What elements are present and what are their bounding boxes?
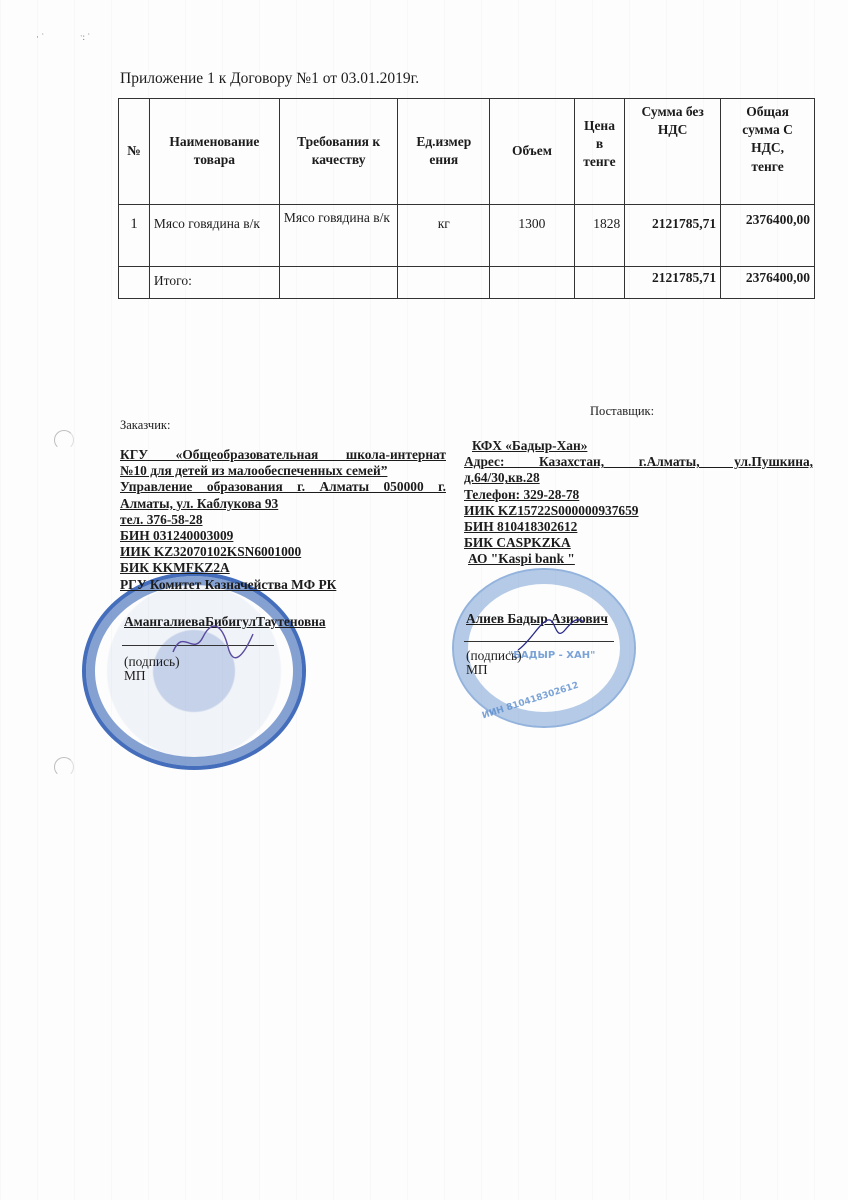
total-with-vat: 2376400,00 xyxy=(721,267,815,299)
cell-empty xyxy=(119,267,150,299)
cell-name: Мясо говядина в/к xyxy=(149,205,279,267)
table-total-row: Итого: 2121785,71 2376400,00 xyxy=(119,267,815,299)
customer-label: Заказчик: xyxy=(120,418,170,433)
document-title: Приложение 1 к Договору №1 от 03.01.2019… xyxy=(120,70,419,88)
supplier-line: БИН 810418302612 xyxy=(464,519,813,535)
supplier-line: Телефон: 329-28-78 xyxy=(464,487,813,503)
customer-line: КГУ «Общеобразовательная школа-интернат xyxy=(120,447,446,463)
header-name: Наименование товара xyxy=(149,99,279,205)
supplier-signature-scribble xyxy=(510,612,590,657)
goods-table: № Наименование товара Требования к качес… xyxy=(118,98,815,299)
supplier-line: Адрес: Казахстан, г.Алматы, ул.Пушкина, xyxy=(464,454,813,470)
supplier-line: д.64/30,кв.28 xyxy=(464,470,813,486)
customer-line: БИК KKMFKZ2A xyxy=(120,560,446,576)
cell-empty xyxy=(279,267,398,299)
supplier-seal-caption: МП xyxy=(466,662,488,677)
table-header-row: № Наименование товара Требования к качес… xyxy=(119,99,815,205)
cell-sum-without-vat: 2121785,71 xyxy=(625,205,721,267)
punch-hole-mark xyxy=(54,430,74,450)
cell-total-with-vat: 2376400,00 xyxy=(721,205,815,267)
supplier-line: ИИК KZ15722S000000937659 xyxy=(464,503,813,519)
customer-seal-caption: МП xyxy=(124,668,146,683)
header-total-with-vat: Общая сумма С НДС, тенге xyxy=(721,99,815,205)
customer-line: ИИК KZ32070102KSN6001000 xyxy=(120,544,446,560)
supplier-line: АО "Kaspi bank " xyxy=(464,551,813,567)
customer-signature-scribble xyxy=(168,622,258,662)
supplier-line: БИК CASPKZKA xyxy=(464,535,813,551)
table-row: 1 Мясо говядина в/к Мясо говядина в/к кг… xyxy=(119,205,815,267)
header-unit: Ед.измер ения xyxy=(398,99,490,205)
cell-quality: Мясо говядина в/к xyxy=(279,205,398,267)
header-quality: Требования к качеству xyxy=(279,99,398,205)
customer-line: Алматы, ул. Каблукова 93 xyxy=(120,496,446,512)
supplier-details: КФХ «Бадыр-Хан» Адрес: Казахстан, г.Алма… xyxy=(464,438,813,568)
cell-volume: 1300 xyxy=(490,205,575,267)
scan-speck: · ˙ xyxy=(36,32,44,42)
cell-empty xyxy=(490,267,575,299)
total-sum-without-vat: 2121785,71 xyxy=(625,267,721,299)
cell-unit: кг xyxy=(398,205,490,267)
supplier-line: КФХ «Бадыр-Хан» xyxy=(464,438,813,454)
punch-hole-mark xyxy=(54,757,74,777)
supplier-label: Поставщик: xyxy=(590,404,654,419)
customer-line: БИН 031240003009 xyxy=(120,528,446,544)
cell-num: 1 xyxy=(119,205,150,267)
cell-price: 1828 xyxy=(574,205,625,267)
cell-empty xyxy=(574,267,625,299)
header-sum-without-vat: Сумма без НДС xyxy=(625,99,721,205)
customer-line: РГУ Комитет Казначейства МФ РК xyxy=(120,577,446,593)
header-num: № xyxy=(119,99,150,205)
customer-line: №10 для детей из малообеспеченных семей” xyxy=(120,463,446,479)
customer-line: Управление образования г. Алматы 050000 … xyxy=(120,479,446,495)
cell-empty xyxy=(398,267,490,299)
customer-details: КГУ «Общеобразовательная школа-интернат … xyxy=(120,447,446,593)
customer-stamp xyxy=(82,572,306,770)
header-volume: Объем xyxy=(490,99,575,205)
total-label: Итого: xyxy=(149,267,279,299)
customer-line: тел. 376-58-28 xyxy=(120,512,446,528)
scan-speck: ˑ: ˙ xyxy=(80,32,90,42)
header-price: Цена в тенге xyxy=(574,99,625,205)
